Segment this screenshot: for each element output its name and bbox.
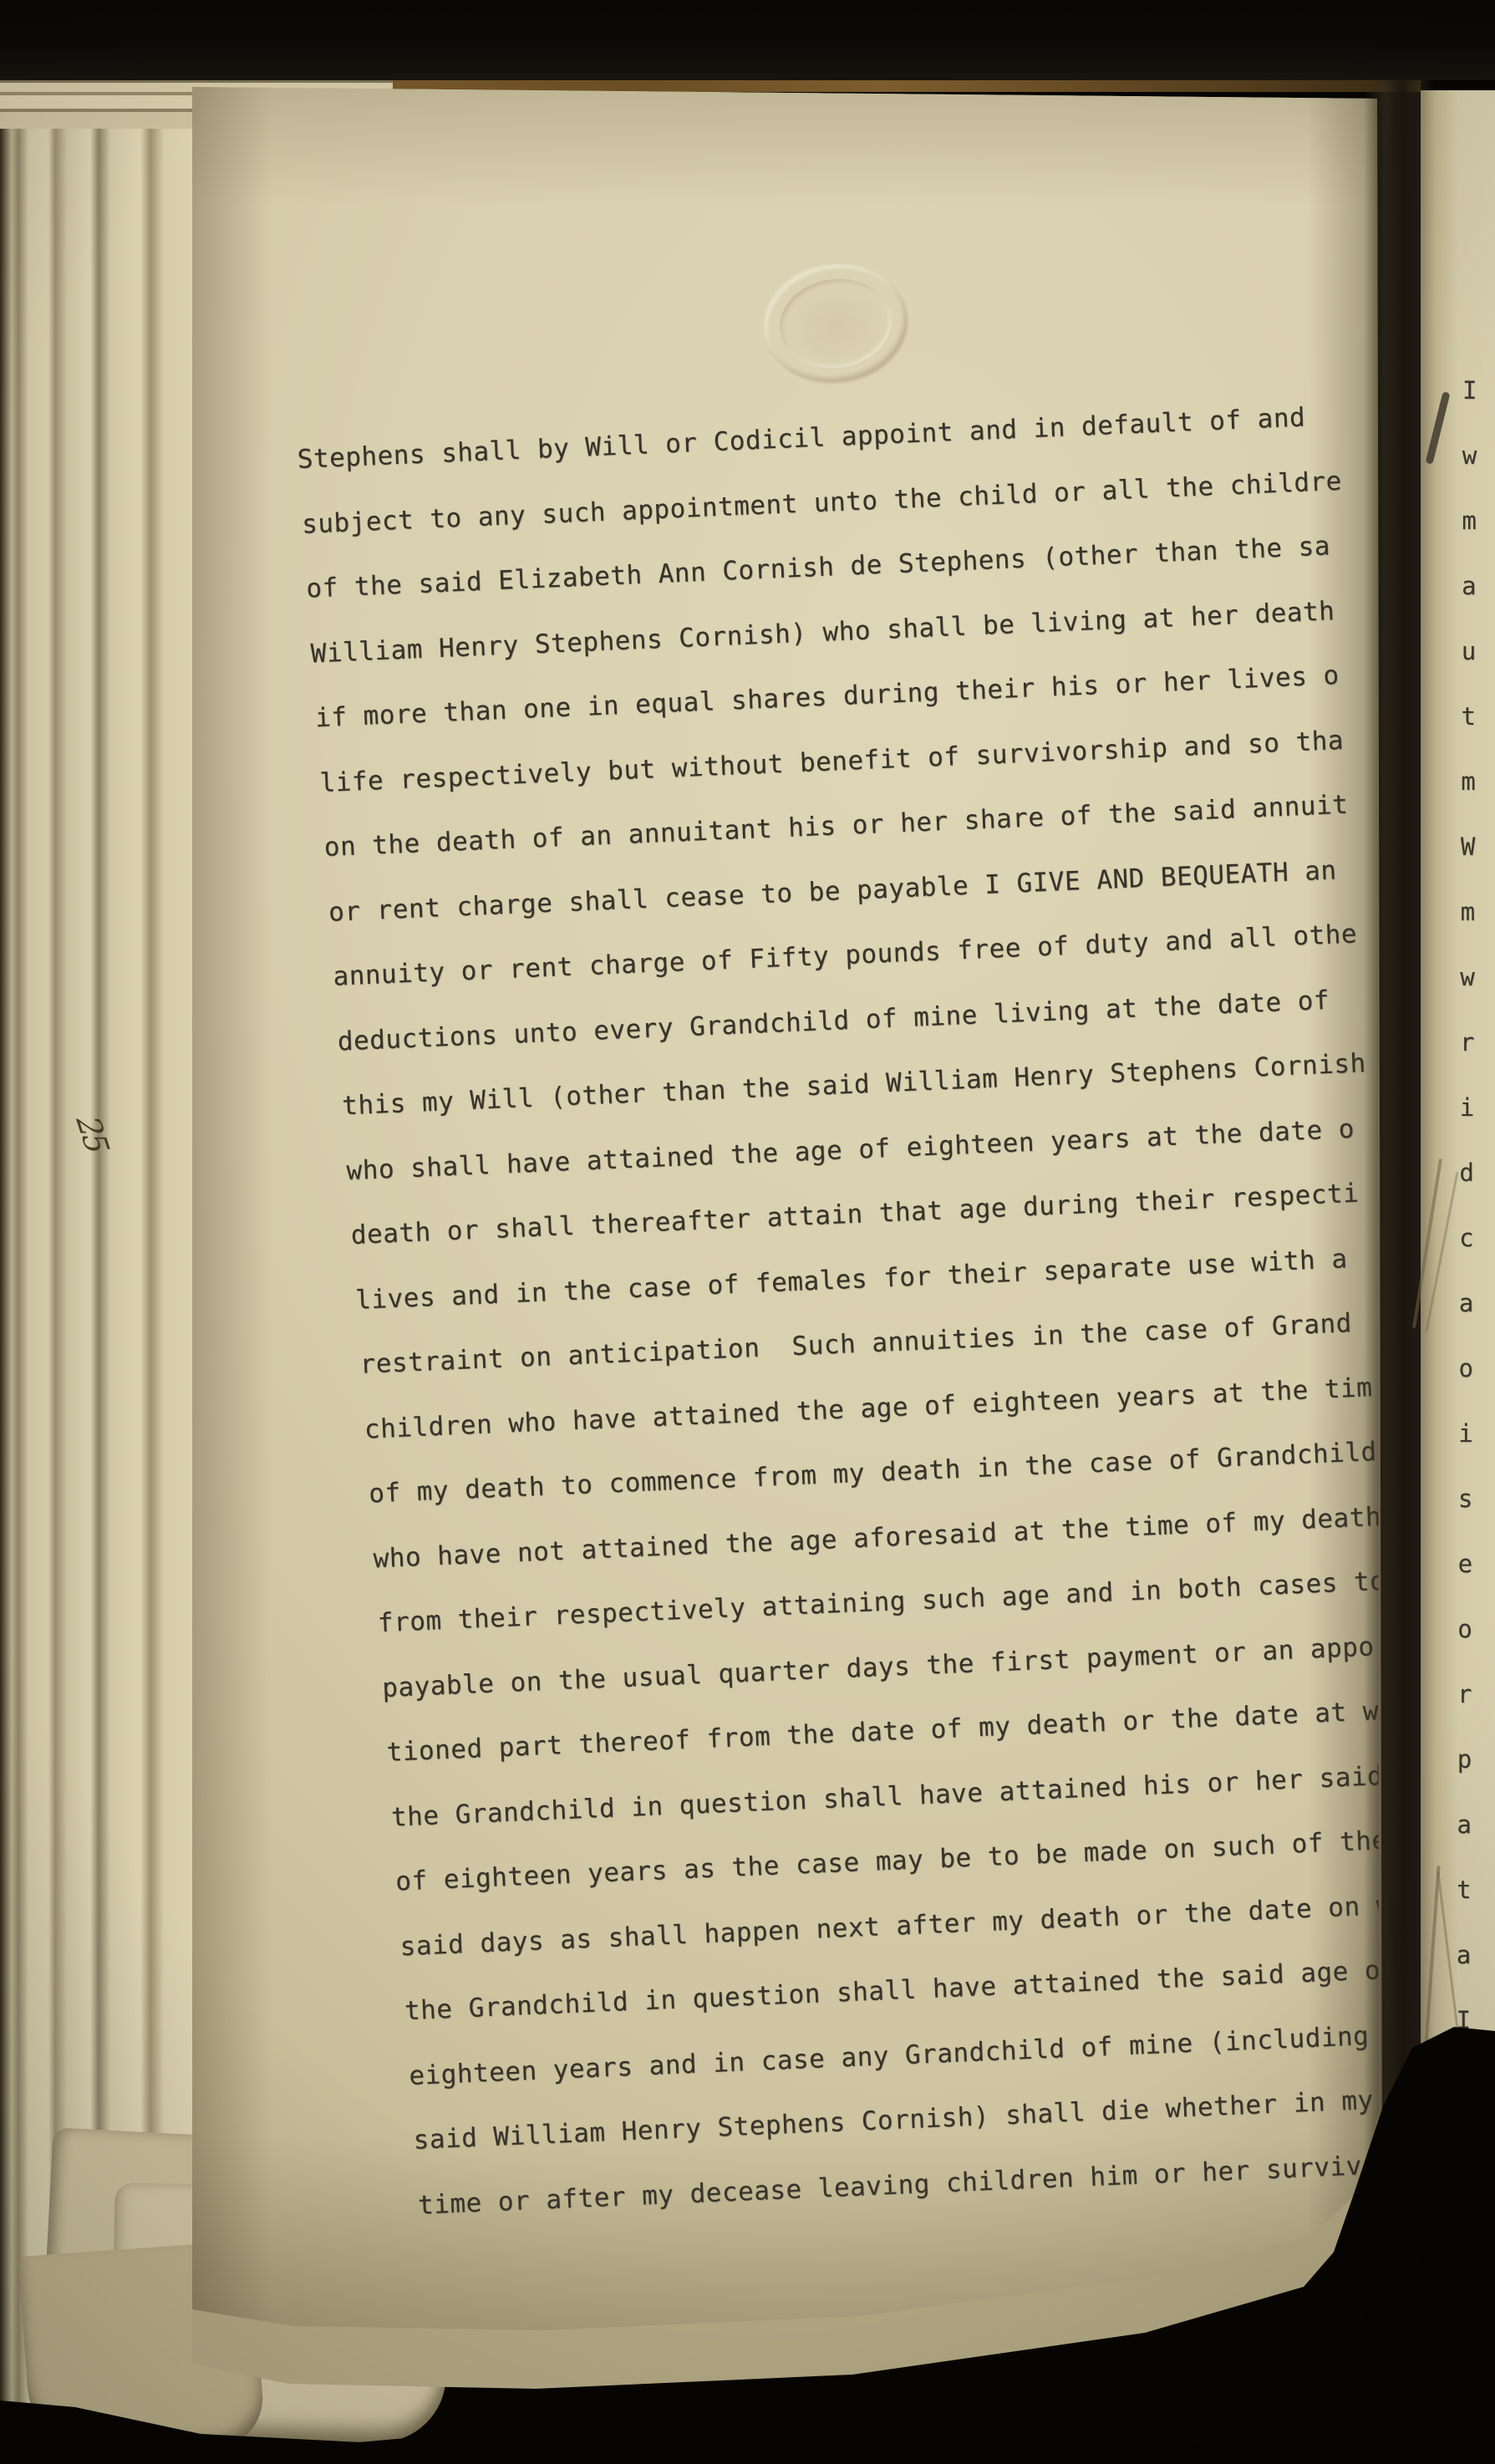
typed-line: time or after my decease leaving childre… — [417, 2148, 1379, 2222]
sliver-partial-letter: a — [1457, 1810, 1472, 1839]
sliver-partial-letter: m — [1462, 507, 1477, 535]
sliver-partial-letter: c — [1459, 1224, 1474, 1252]
typed-line: restraint on anticipation Such annuities… — [359, 1307, 1353, 1381]
typed-line: death or shall thereafter attain that ag… — [350, 1178, 1360, 1252]
typed-line: of eighteen years as the case may be to … — [395, 1825, 1379, 1898]
photo-background-top — [0, 0, 1495, 80]
typed-line: life respectively but without benefit of… — [319, 724, 1345, 798]
sliver-partial-letter: o — [1457, 1615, 1472, 1643]
typed-line: of the said Elizabeth Ann Cornish de Ste… — [306, 530, 1331, 604]
sliver-partial-letter: r — [1457, 1680, 1472, 1708]
typed-line: who have not attained the age aforesaid … — [373, 1500, 1379, 1575]
sliver-partial-letter: u — [1462, 637, 1477, 665]
typed-line: tioned part thereof from the date of my … — [386, 1694, 1379, 1769]
typed-line: who shall have attained the age of eight… — [346, 1112, 1355, 1187]
typed-line: the Grandchild in question shall have at… — [390, 1759, 1379, 1833]
sliver-partial-letter: m — [1461, 767, 1476, 796]
sliver-partial-letter: d — [1459, 1158, 1474, 1187]
sliver-partial-letter: W — [1461, 832, 1476, 861]
sliver-partial-letter: w — [1462, 441, 1477, 470]
sliver-partial-letter: s — [1458, 1484, 1473, 1513]
typed-line: William Henry Stephens Cornish) who shal… — [310, 595, 1335, 669]
typed-line: this my Will (other than the said Willia… — [341, 1047, 1366, 1122]
typed-line: children who have attained the age of ei… — [364, 1372, 1373, 1446]
sliver-partial-letter: m — [1461, 898, 1476, 926]
typed-line: subject to any such appointment unto the… — [301, 465, 1342, 540]
sliver-partial-letter: i — [1460, 1093, 1475, 1122]
sliver-partial-letter: a — [1459, 1289, 1474, 1317]
typed-line: eighteen years and in case any Grandchil… — [409, 2018, 1379, 2092]
sliver-partial-letter: o — [1459, 1354, 1474, 1382]
will-page: Stephens shall by Will or Codicil appoin… — [192, 80, 1379, 2370]
typed-line: said days as shall happen next after my … — [399, 1888, 1379, 1963]
typed-line: Stephens shall by Will or Codicil appoin… — [297, 401, 1306, 476]
sliver-partial-letter: p — [1457, 1745, 1472, 1774]
sliver-partial-letter: a — [1462, 572, 1477, 600]
sliver-partial-letter: a — [1457, 1941, 1472, 1969]
typed-line: on the death of an annuitant his or her … — [323, 789, 1349, 863]
typed-line: of my death to commence from my death in… — [369, 1436, 1378, 1510]
sliver-partial-letter: t — [1457, 1876, 1472, 1904]
scanned-will-page-photo: { "document": { "kind": "typewritten wil… — [0, 0, 1495, 2464]
sliver-partial-letter: e — [1458, 1550, 1473, 1578]
sliver-partial-letter: i — [1458, 1419, 1473, 1448]
typed-line: said William Henry Stephens Cornish) sha… — [413, 2082, 1379, 2156]
typed-line: lives and in the case of females for the… — [355, 1243, 1349, 1316]
sliver-partial-letter: t — [1462, 702, 1477, 731]
sliver-partial-letter: r — [1460, 1028, 1475, 1056]
sliver-partial-letter: I — [1462, 376, 1477, 405]
typed-line: the Grandchild in question shall have at… — [404, 1953, 1379, 2027]
typed-line: from their respectively attaining such a… — [377, 1565, 1379, 1640]
sliver-partial-letter: w — [1460, 963, 1475, 991]
typed-line: or rent charge shall cease to be payable… — [328, 854, 1337, 929]
typed-text-block: Stephens shall by Will or Codicil appoin… — [192, 80, 1379, 2370]
typed-line: payable on the usual quarter days the fi… — [382, 1630, 1379, 1704]
typed-line: if more than one in equal shares during … — [314, 659, 1340, 734]
typed-line: deductions unto every Grandchild of mine… — [337, 984, 1330, 1057]
typed-line: annuity or rent charge of Fifty pounds f… — [333, 918, 1358, 992]
